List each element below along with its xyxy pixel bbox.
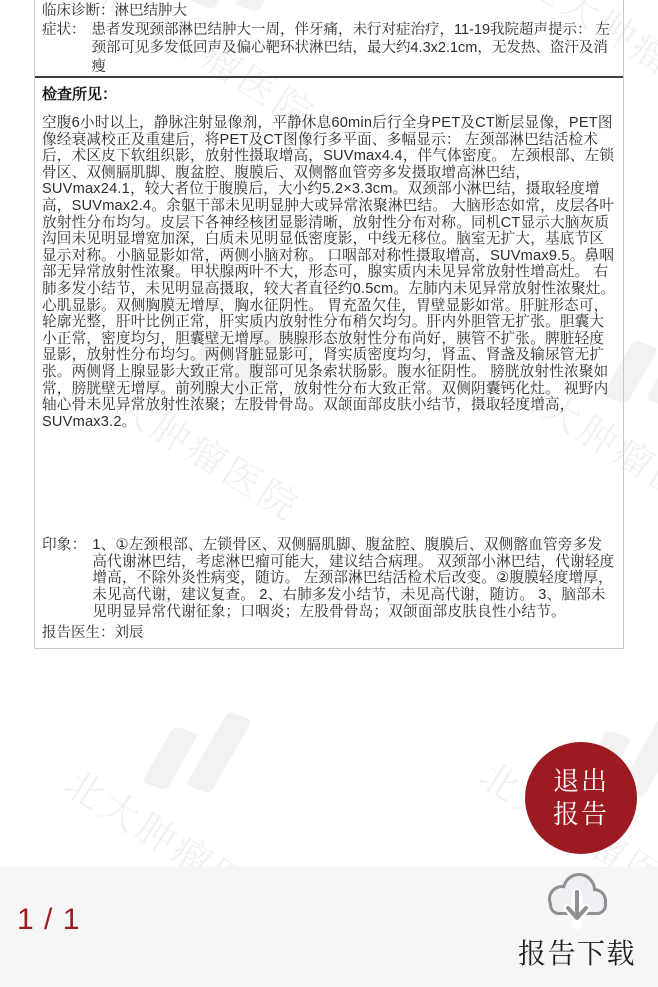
clinical-diagnosis-label: 临床诊断： <box>42 3 115 19</box>
watermark-tile: 北大肿瘤医院 <box>85 753 337 808</box>
exit-button-line2: 报告 <box>553 798 609 831</box>
doctor-name: 刘辰 <box>115 625 144 641</box>
report-viewer-screen: 北大肿瘤医院 北大肿瘤医院 北大肿瘤医院 北大肿瘤医院 北大肿瘤医院 北大肿瘤医… <box>0 0 658 987</box>
footer-bar: 1 / 1 <box>0 867 658 987</box>
impression-label: 印象： <box>42 537 86 554</box>
clinical-diagnosis-row: 临床诊断：淋巴结肿大 <box>42 2 616 21</box>
impression-row: 印象： 1、①左颈根部、左锁骨区、双侧膈肌脚、腹盆腔、腹膜后、双侧髂血管旁多发高… <box>42 537 616 620</box>
symptoms-label: 症状： <box>42 21 86 40</box>
exit-report-button[interactable]: 退出 报告 <box>525 742 637 854</box>
hospital-logo-watermark-icon <box>129 690 260 836</box>
doctor-row: 报告医生：刘辰 <box>42 624 616 642</box>
findings-text: 空腹6小时以上，静脉注射显像剂，平静休息60min后行全身PET及CT断层显像，… <box>42 115 616 430</box>
page-indicator: 1 / 1 <box>17 903 80 937</box>
symptoms-row: 症状： 患者发现颈部淋巴结肿大一周，伴牙痛，未行对症治疗，11-19我院超声提示… <box>42 21 616 77</box>
findings-heading: 检查所见： <box>42 85 616 104</box>
symptoms-value: 患者发现颈部淋巴结肿大一周，伴牙痛，未行对症治疗，11-19我院超声提示： 左颈… <box>92 21 617 77</box>
impression-value: 1、①左颈根部、左锁骨区、双侧膈肌脚、腹盆腔、腹膜后、双侧髂血管旁多发高代谢淋巴… <box>92 537 616 620</box>
download-label: 报告下载 <box>518 932 636 972</box>
download-report-button[interactable]: 报告下载 <box>502 872 652 972</box>
cloud-download-icon <box>539 872 615 930</box>
exit-button-line1: 退出 <box>553 765 609 798</box>
doctor-label: 报告医生： <box>42 625 115 641</box>
report-page: 临床诊断：淋巴结肿大 症状： 患者发现颈部淋巴结肿大一周，伴牙痛，未行对症治疗，… <box>34 0 624 649</box>
clinical-diagnosis-value: 淋巴结肿大 <box>115 3 188 19</box>
section-divider <box>35 76 623 78</box>
